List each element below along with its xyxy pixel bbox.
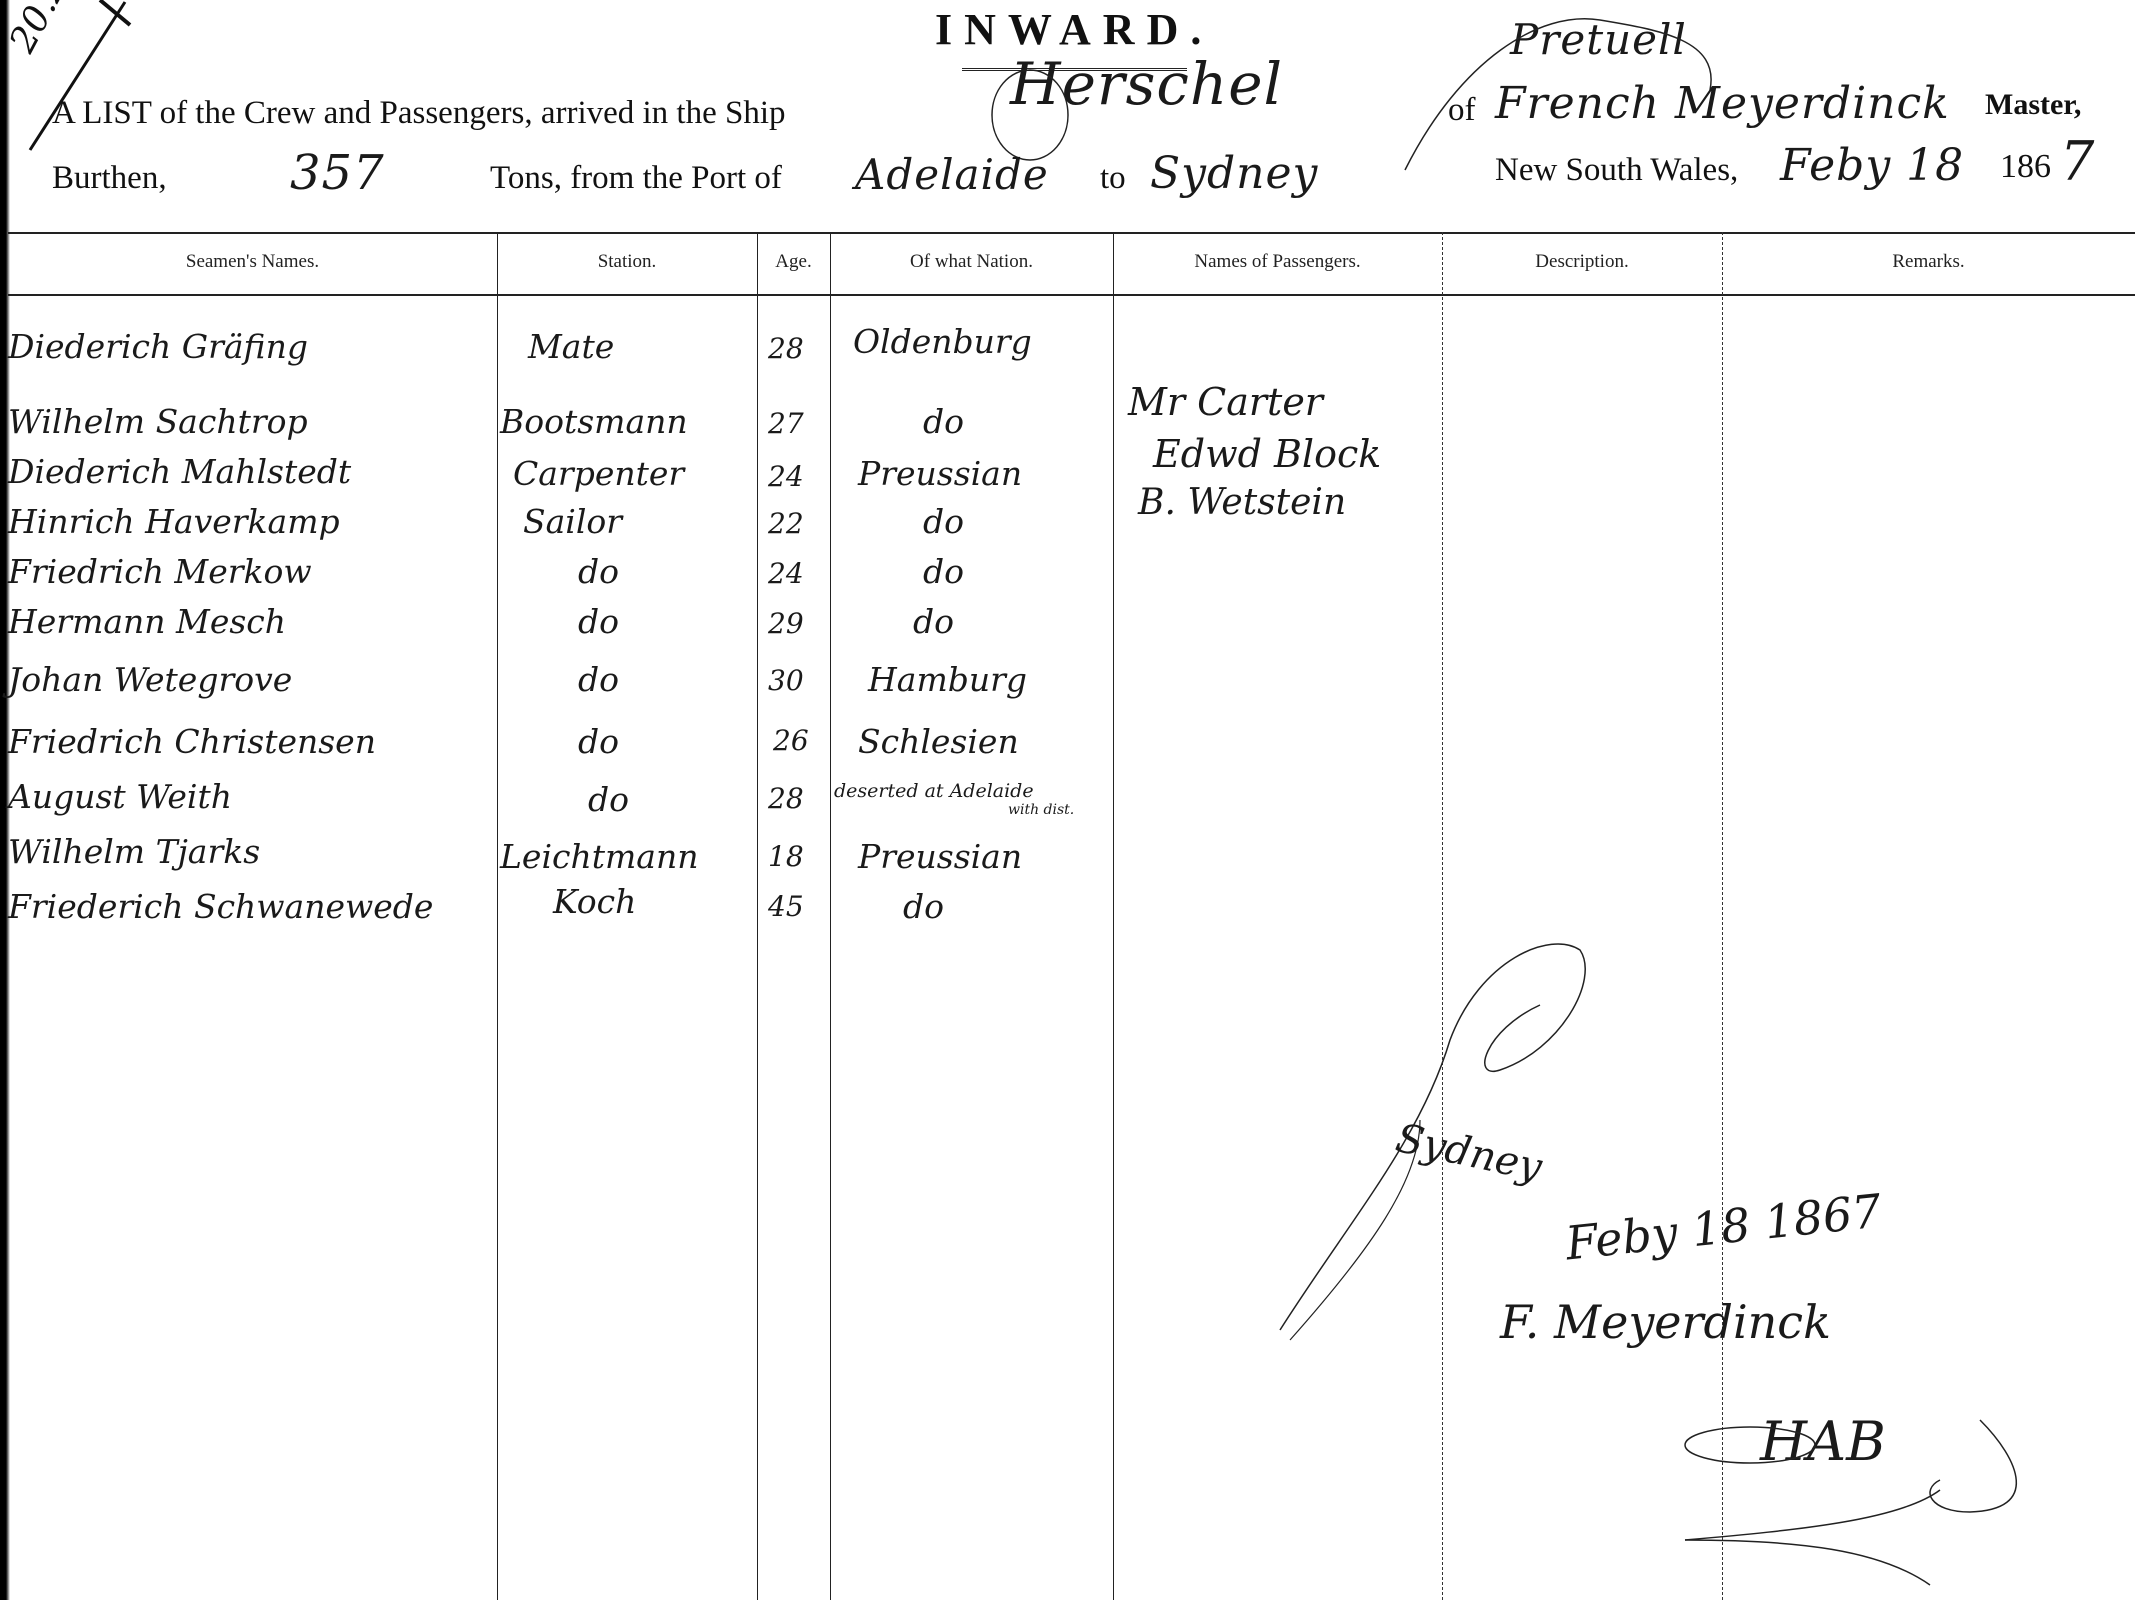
seaman-station: do (578, 602, 619, 641)
col-divider-nation (830, 232, 831, 1600)
column-header-seamen: Seamen's Names. (8, 242, 497, 282)
seaman-nation: do (913, 602, 954, 641)
column-header-age: Age. (757, 242, 830, 282)
seaman-station: Leichtmann (500, 837, 698, 876)
col-divider-passengers (1113, 232, 1114, 1600)
seaman-age: 45 (768, 890, 804, 923)
column-header-nation: Of what Nation. (830, 242, 1113, 282)
col-divider-age (757, 232, 758, 1600)
column-header-passengers: Names of Passengers. (1113, 242, 1442, 282)
seaman-name: Johan Wetegrove (8, 660, 292, 699)
master-label: Master, (1985, 88, 2081, 122)
seaman-age: 30 (768, 664, 804, 697)
seaman-name: Friederich Schwanewede (8, 887, 433, 926)
list-heading: A LIST of the Crew and Passengers, arriv… (52, 95, 786, 132)
master-name: French Meyerdinck (1495, 78, 1950, 129)
seaman-age: 24 (768, 557, 804, 590)
seaman-station: do (578, 552, 619, 591)
seaman-nation: do (903, 887, 944, 926)
seaman-age: 27 (768, 407, 804, 440)
seaman-station: do (578, 722, 619, 761)
seaman-nation: Oldenburg (853, 322, 1032, 361)
of-label: of (1448, 92, 1476, 129)
seaman-age: 26 (773, 724, 809, 757)
passenger-name: Mr Carter (1128, 380, 1323, 424)
seaman-nation-note: with dist. (1008, 802, 1074, 818)
year-prefix: 186 (2000, 148, 2051, 186)
seaman-station: do (588, 780, 629, 819)
seaman-station: do (578, 660, 619, 699)
seaman-nation: do (923, 552, 964, 591)
seaman-name: Friedrich Merkow (8, 552, 312, 591)
burthen-label: Burthen, (52, 160, 167, 197)
seaman-station: Mate (528, 327, 614, 366)
seaman-age: 24 (768, 460, 804, 493)
arrival-date: Feby 18 (1780, 140, 1964, 191)
from-port: Adelaide (855, 150, 1049, 199)
seaman-station: Koch (553, 882, 636, 921)
to-port: Sydney (1150, 148, 1318, 199)
crew-passenger-table: Seamen's Names. Station. Age. Of what Na… (8, 232, 2135, 1600)
table-top-rule (8, 232, 2135, 234)
col-divider-station (497, 232, 498, 1600)
column-header-description: Description. (1442, 242, 1722, 282)
initials-flourish-icon (1680, 1400, 2040, 1580)
seaman-nation: deserted at Adelaide (834, 780, 1034, 802)
seaman-station: Sailor (523, 502, 622, 541)
seaman-nation: Schlesien (858, 722, 1019, 761)
to-label: to (1100, 160, 1126, 197)
seaman-station: Bootsmann (500, 402, 688, 441)
passenger-name: B. Wetstein (1138, 482, 1346, 523)
column-header-remarks: Remarks. (1722, 242, 2135, 282)
seaman-name: Hinrich Haverkamp (8, 502, 340, 541)
seaman-age: 18 (768, 840, 804, 873)
header-bottom-rule (8, 294, 2135, 296)
seaman-name: Friedrich Christensen (8, 722, 376, 761)
seaman-age: 29 (768, 607, 804, 640)
seaman-age: 28 (768, 782, 804, 815)
seaman-age: 22 (768, 507, 804, 540)
seaman-name: August Weith (8, 777, 232, 816)
year-suffix: 7 (2060, 130, 2095, 193)
passenger-name: Edwd Block (1153, 432, 1381, 476)
seaman-nation: Preussian (858, 454, 1022, 493)
seaman-age: 28 (768, 332, 804, 365)
seaman-nation: do (923, 402, 964, 441)
tons-from-port-label: Tons, from the Port of (490, 160, 782, 197)
page-title: INWARD. (935, 4, 1213, 55)
col-divider-description (1442, 232, 1443, 1600)
col-divider-remarks (1722, 232, 1723, 1600)
seaman-name: Wilhelm Sachtrop (8, 402, 308, 441)
cross-mark-icon (20, 0, 150, 170)
seaman-name: Wilhelm Tjarks (8, 832, 260, 871)
seaman-station: Carpenter (513, 454, 684, 493)
signature-signer: F. Meyerdinck (1500, 1295, 1831, 1349)
seaman-name: Diederich Gräfing (8, 327, 308, 366)
state-label: New South Wales, (1495, 152, 1738, 189)
seaman-nation: Preussian (858, 837, 1022, 876)
burthen-value: 357 (290, 145, 385, 201)
seaman-nation: do (923, 502, 964, 541)
seaman-nation: Hamburg (868, 660, 1027, 699)
seaman-name: Hermann Mesch (8, 602, 286, 641)
seaman-name: Diederich Mahlstedt (8, 452, 351, 491)
column-header-station: Station. (497, 242, 757, 282)
